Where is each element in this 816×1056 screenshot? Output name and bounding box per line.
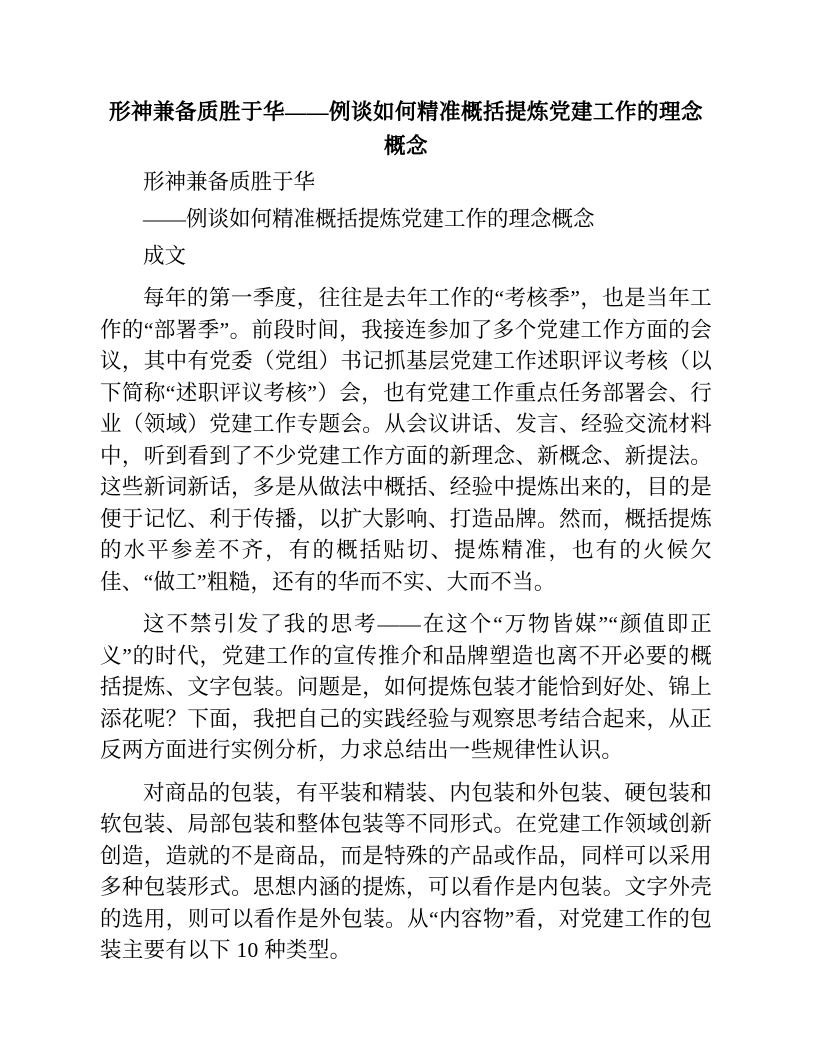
body-paragraph-3: 对商品的包装，有平装和精装、内包装和外包装、硬包装和软包装、局部包装和整体包装等… — [100, 778, 712, 967]
author-name: 成文 — [100, 240, 712, 273]
subtitle-line-2: ——例谈如何精准概括提炼党建工作的理念概念 — [100, 203, 712, 236]
document-title: 形神兼备质胜于华——例谈如何精准概括提炼党建工作的理念概念 — [100, 95, 712, 163]
body-paragraph-2: 这不禁引发了我的思考——在这个“万物皆媒”“颜值即正义”的时代，党建工作的宣传推… — [100, 609, 712, 767]
document-page: 形神兼备质胜于华——例谈如何精准概括提炼党建工作的理念概念 形神兼备质胜于华 —… — [0, 0, 816, 1056]
body-paragraph-1: 每年的第一季度，往往是去年工作的“考核季”，也是当年工作的“部署季”。前段时间，… — [100, 283, 712, 598]
subtitle-line-1: 形神兼备质胜于华 — [100, 166, 712, 199]
